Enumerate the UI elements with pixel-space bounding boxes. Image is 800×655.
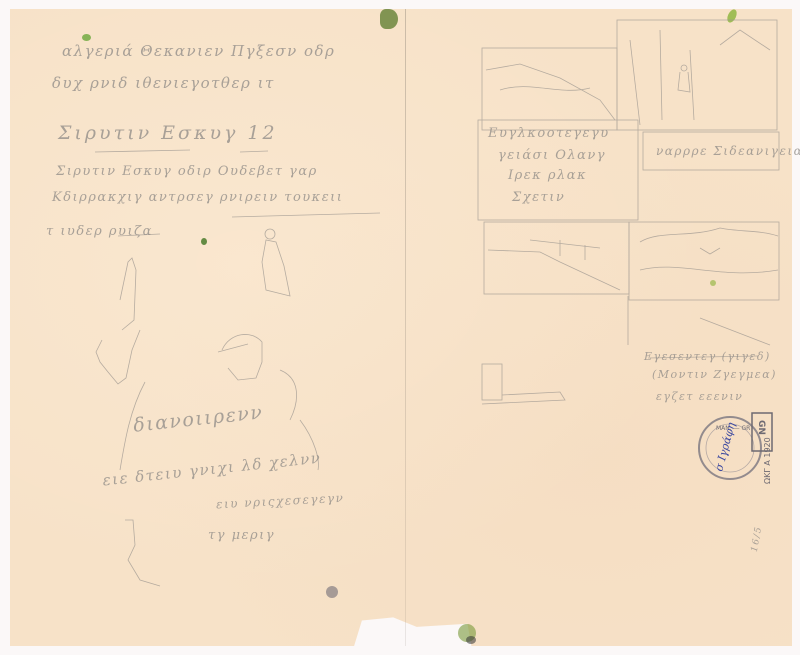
collection-stamp: ΜΑΝ. — GR σ Ιγράφη GN ΩΚΓ Α 1920: [0, 0, 800, 655]
stamp-box-label: GN: [756, 420, 766, 435]
inventory-number: ΩΚΓ Α 1920: [763, 437, 772, 484]
